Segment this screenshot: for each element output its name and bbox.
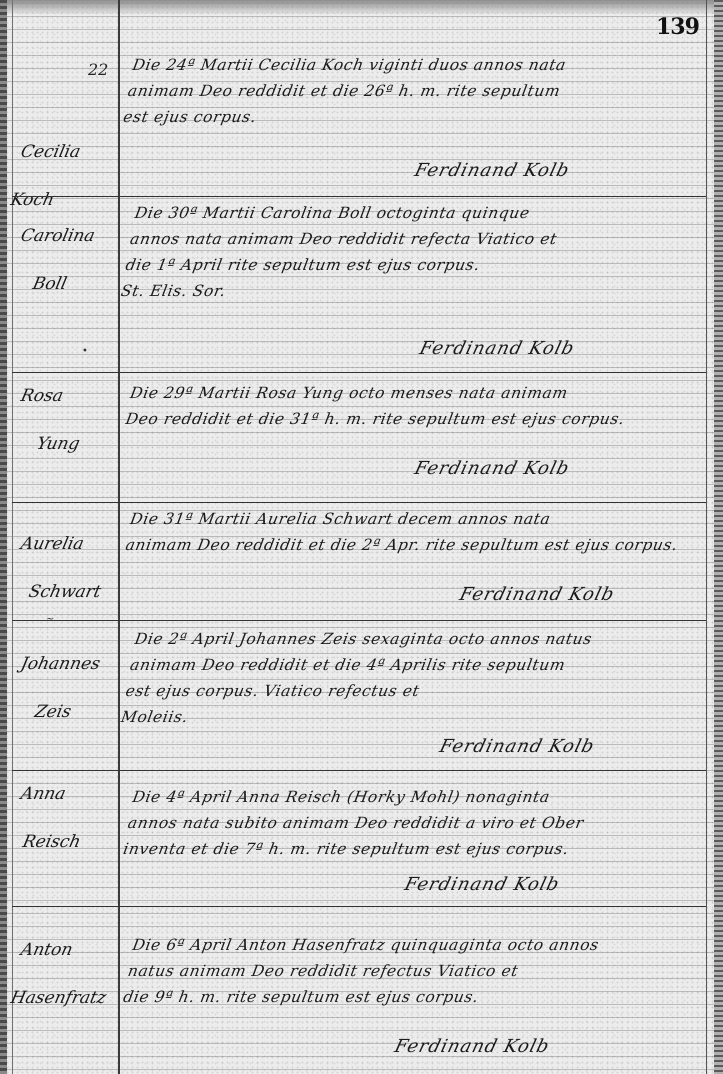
entry-line: animam Deo reddidit et die 4ª Aprilis ri…	[128, 652, 705, 678]
margin-name-line: Zeis	[9, 702, 73, 722]
entry-3-signature: Ferdinand Kolb	[412, 458, 572, 479]
entry-6-text: Die 4ª April Anna Reisch (Horky Mohl) no…	[121, 784, 707, 862]
margin-name-entry-2: Carolina Boll	[6, 212, 126, 308]
margin-name-line: Cecilia Koch	[9, 142, 83, 210]
entry-separator	[12, 620, 706, 621]
entry-line: Moleiis.	[119, 704, 696, 730]
entry-line: Die 2ª April Johannes Zeis sexaginta oct…	[133, 626, 710, 652]
entry-5-signature: Ferdinand Kolb	[437, 736, 597, 757]
entry-line: die 1ª April rite sepultum est ejus corp…	[123, 252, 700, 278]
entry-line: Die 31ª Martii Aurelia Schwart decem ann…	[128, 506, 705, 532]
entry-line: est ejus corpus.	[121, 104, 698, 130]
right-margin-rule	[706, 0, 707, 1074]
entry-separator	[12, 196, 706, 197]
margin-name-line: Hasenfratz	[9, 988, 108, 1008]
entry-4-signature: Ferdinand Kolb	[457, 584, 617, 605]
outer-margin-rule	[12, 0, 13, 1074]
page-edge-right	[714, 0, 723, 1074]
margin-name-entry-3: Rosa Yung	[6, 372, 126, 468]
entry-line: animam Deo reddidit et die 26ª h. m. rit…	[126, 78, 703, 104]
margin-name-entry-4: Aurelia Schwart	[6, 520, 126, 616]
margin-name-line: Carolina	[19, 226, 97, 246]
entry-line: Die 4ª April Anna Reisch (Horky Mohl) no…	[130, 784, 707, 810]
entry-1-signature: Ferdinand Kolb	[412, 160, 572, 181]
margin-name-line: Johannes	[19, 654, 102, 674]
register-page: 139 22 Cecilia Koch Die 24ª Martii Cecil…	[0, 0, 723, 1074]
entry-2-signature: Ferdinand Kolb	[417, 338, 577, 359]
entry-line: annos nata subito animam Deo reddidit a …	[126, 810, 703, 836]
entry-4-text: Die 31ª Martii Aurelia Schwart decem ann…	[123, 506, 704, 558]
entry-line: St. Elis. Sor.	[119, 278, 696, 304]
entry-line: Die 30ª Martii Carolina Boll octoginta q…	[133, 200, 710, 226]
margin-name-entry-7: Anton Hasenfratz	[6, 926, 126, 1022]
entry-7-text: Die 6ª April Anton Hasenfratz quinquagin…	[121, 932, 707, 1010]
entry-line: Die 6ª April Anton Hasenfratz quinquagin…	[130, 932, 707, 958]
margin-name-line: Aurelia	[19, 534, 86, 554]
entry-5-text: Die 2ª April Johannes Zeis sexaginta oct…	[119, 626, 709, 730]
margin-name-line: Schwart	[9, 582, 103, 602]
entry-6-signature: Ferdinand Kolb	[402, 874, 562, 895]
margin-name-line: Rosa	[19, 386, 65, 406]
margin-name-entry-6: Anna Reisch	[6, 770, 126, 866]
entry-line: est ejus corpus. Viatico refectus et	[123, 678, 700, 704]
entry-line: inventa et die 7ª h. m. rite sepultum es…	[121, 836, 698, 862]
ink-dot: •	[82, 346, 88, 357]
page-number: 139	[656, 14, 699, 40]
entry-separator	[12, 906, 706, 907]
entry-separator	[12, 502, 706, 503]
margin-name-entry-1: Cecilia Koch	[6, 128, 126, 224]
entry-1-text: Die 24ª Martii Cecilia Koch viginti duos…	[121, 52, 707, 130]
entry-line: Die 29ª Martii Rosa Yung octo menses nat…	[128, 380, 705, 406]
entry-2-text: Die 30ª Martii Carolina Boll octoginta q…	[119, 200, 709, 304]
margin-name-line: Anton	[19, 940, 75, 960]
entry-line: die 9ª h. m. rite sepultum est ejus corp…	[121, 984, 698, 1010]
entry-line: Deo reddidit et die 31ª h. m. rite sepul…	[123, 406, 700, 432]
entry-line: natus animam Deo reddidit refectus Viati…	[126, 958, 703, 984]
margin-name-line: Yung	[9, 434, 82, 454]
entry-number: 22	[88, 60, 108, 79]
entry-line: animam Deo reddidit et die 2ª Apr. rite …	[123, 532, 700, 558]
margin-name-line: Reisch	[9, 832, 83, 852]
margin-name-line: Boll	[9, 274, 69, 294]
margin-name-entry-5: Johannes Zeis	[6, 640, 126, 736]
entry-7-signature: Ferdinand Kolb	[392, 1036, 552, 1057]
entry-line: annos nata animam Deo reddidit refecta V…	[128, 226, 705, 252]
margin-name-line: Anna	[19, 784, 68, 804]
entry-3-text: Die 29ª Martii Rosa Yung octo menses nat…	[123, 380, 704, 432]
binding-edge-left	[0, 0, 7, 1074]
entry-line: Die 24ª Martii Cecilia Koch viginti duos…	[130, 52, 707, 78]
scan-top-shadow	[0, 0, 723, 14]
